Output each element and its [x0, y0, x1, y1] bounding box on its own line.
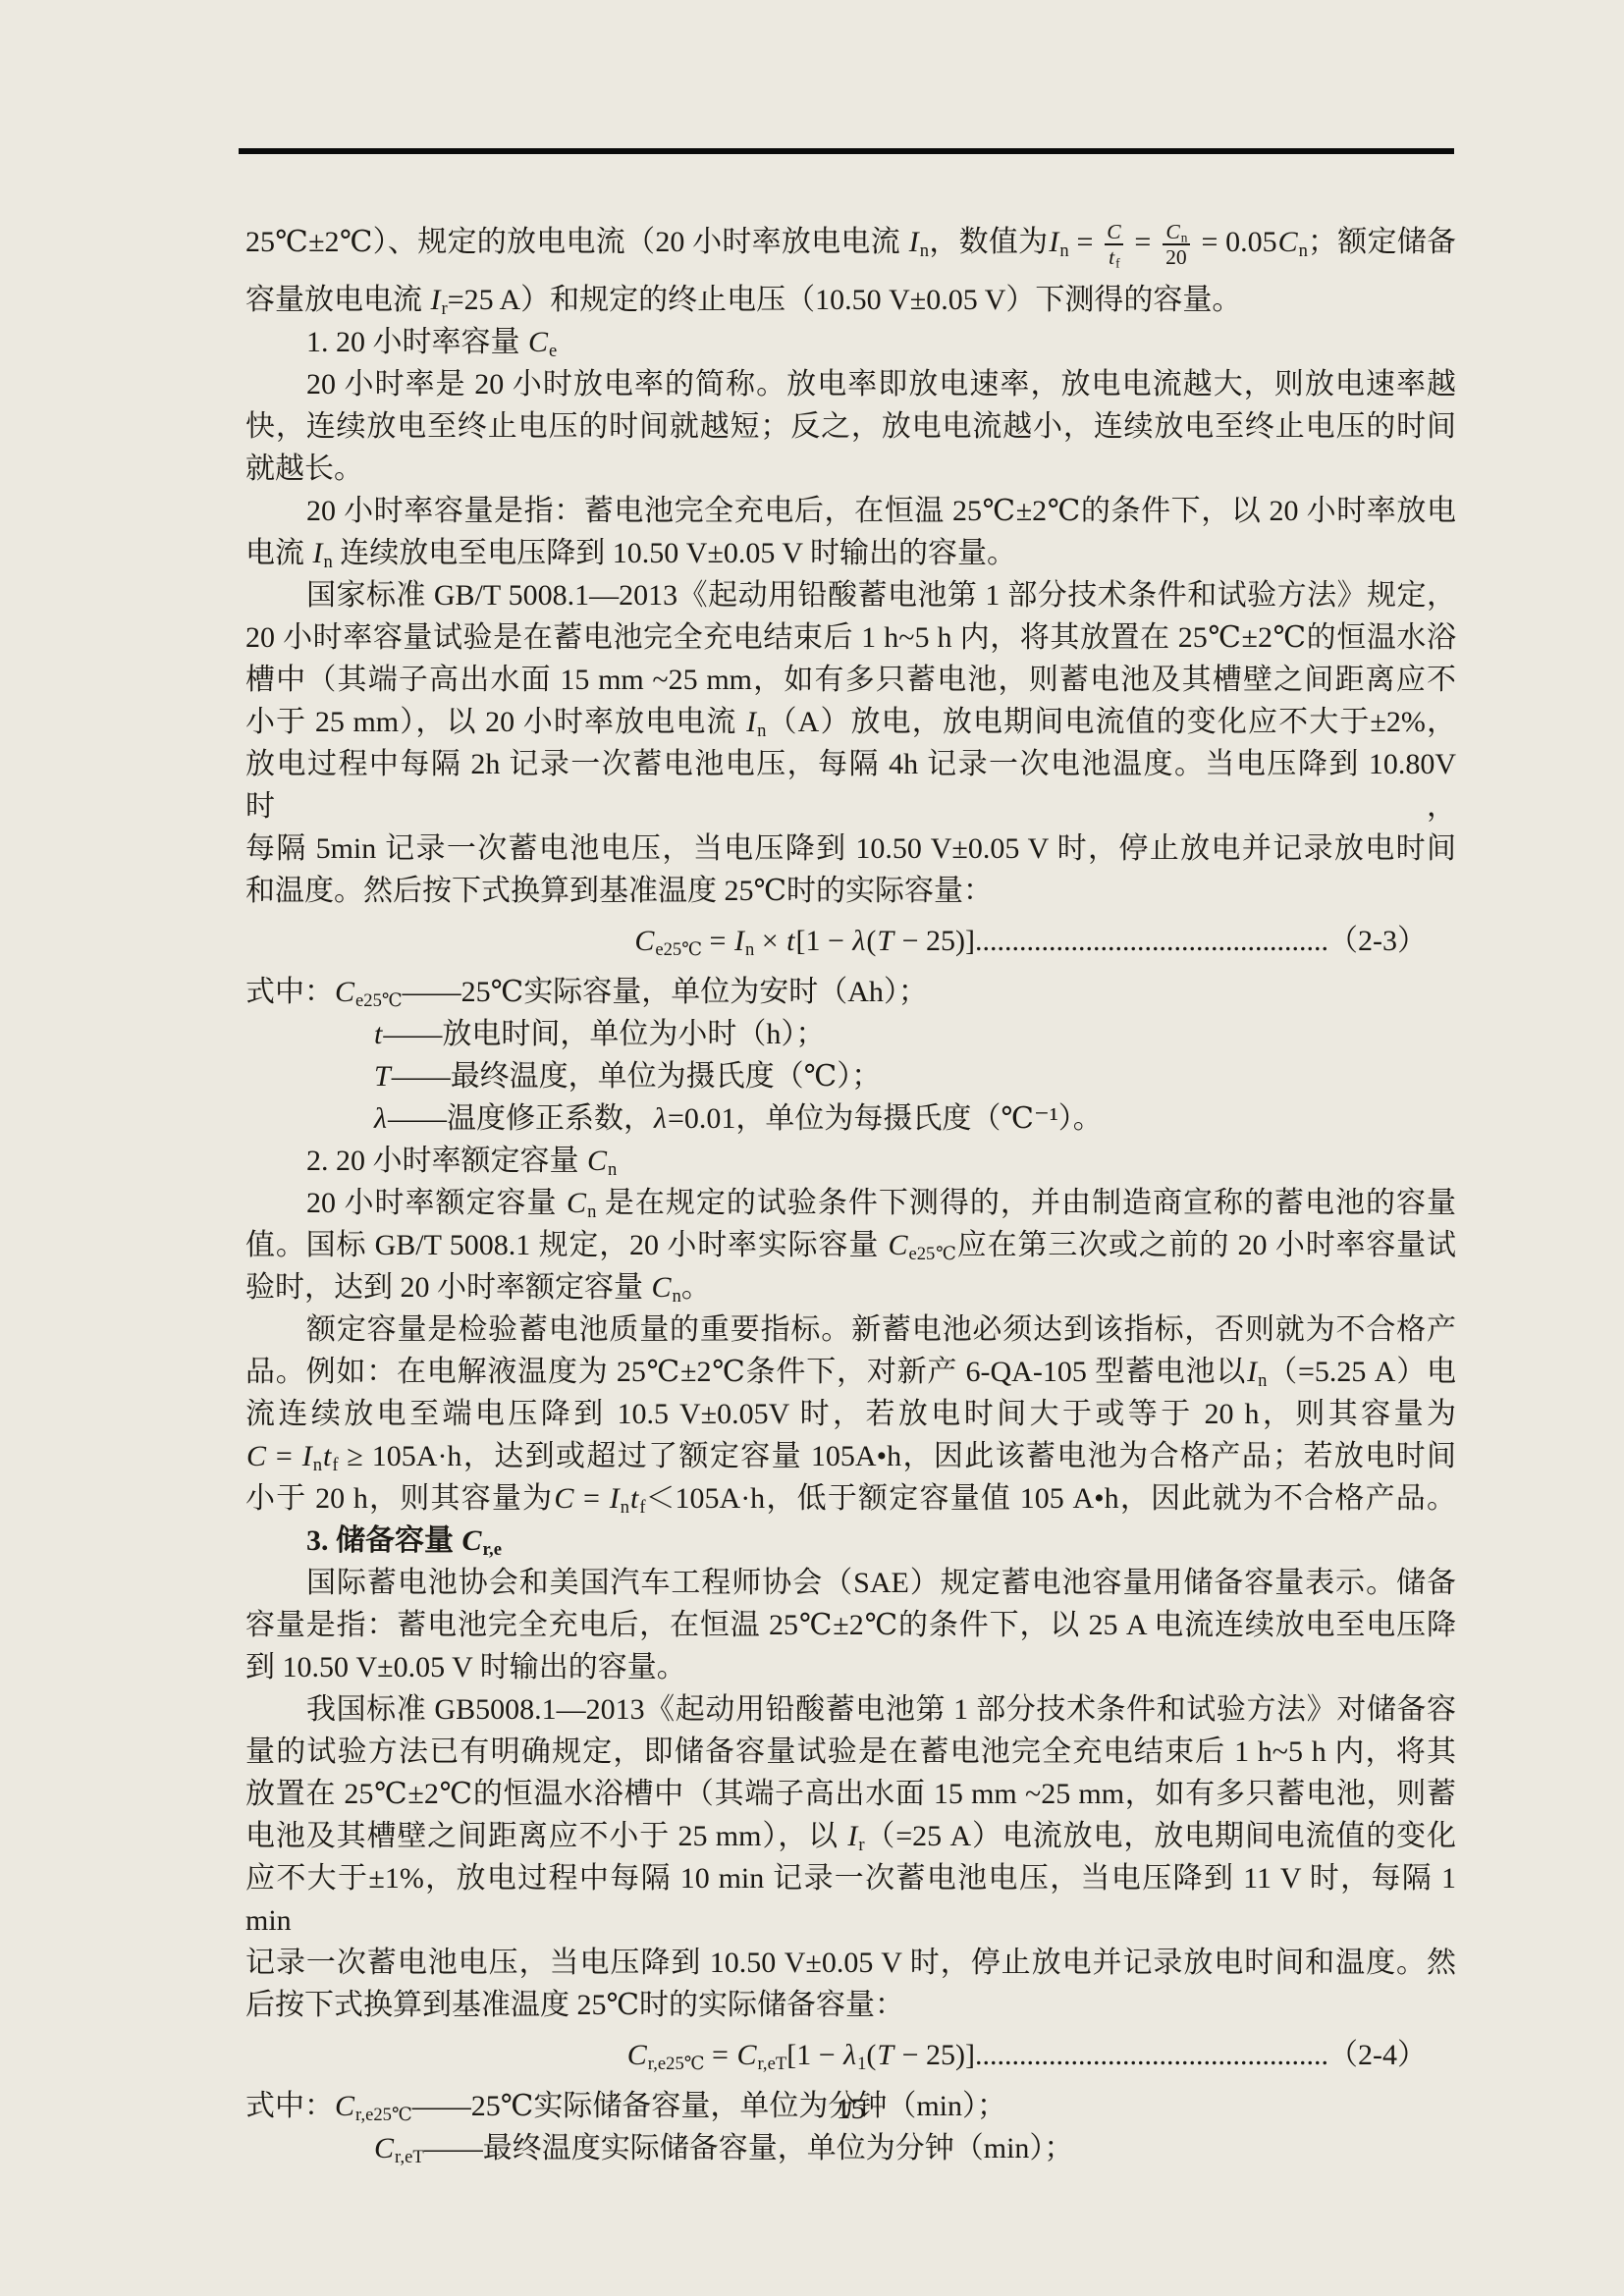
text-line: Cr,eT——最终温度实际储备容量，单位为分钟（min）； — [245, 2127, 1456, 2169]
text-line: 应不大于±1%，放电过程中每隔 10 min 记录一次蓄电池电压，当电压降到 1… — [245, 1857, 1456, 1942]
fraction: Cn20 — [1163, 220, 1190, 269]
text-line: 小于 25 mm），以 20 小时率放电电流 In（A）放电，放电期间电流值的变… — [245, 701, 1456, 743]
text-line: 记录一次蓄电池电压，当电压降到 10.50 V±0.05 V 时，停止放电并记录… — [245, 1942, 1456, 1984]
text-line: 流连续放电至端电压降到 10.5 V±0.05V 时，若放电时间大于或等于 20… — [245, 1393, 1456, 1435]
text-line: 快，连续放电至终止电压的时间就越短；反之，放电电流越小，连续放电至终止电压的时间 — [245, 405, 1456, 448]
formula-line: Ce25℃ = In × t[1 − λ(T − 25)]...........… — [245, 912, 1456, 971]
text-line: 和温度。然后按下式换算到基准温度 25℃时的实际容量： — [245, 870, 1456, 912]
document-page: 25℃±2℃）、规定的放电电流（20 小时率放电电流 In，数值为In = Ct… — [0, 0, 1624, 2296]
text-line: 后按下式换算到基准温度 25℃时的实际储备容量： — [245, 1984, 1456, 2026]
text-line: 2. 20 小时率额定容量 Cn — [245, 1140, 1456, 1182]
text-line: 电池及其槽壁之间距离应不小于 25 mm），以 Ir（=25 A）电流放电，放电… — [245, 1815, 1456, 1857]
text-line: 放置在 25℃±2℃的恒温水浴槽中（其端子高出水面 15 mm ~25 mm，如… — [245, 1773, 1456, 1815]
text-line: 我国标准 GB5008.1—2013《起动用铅酸蓄电池第 1 部分技术条件和试验… — [245, 1688, 1456, 1731]
text-line: t——放电时间，单位为小时（h）； — [245, 1013, 1456, 1055]
text-line: 品。例如：在电解液温度为 25℃±2℃条件下，对新产 6-QA-105 型蓄电池… — [245, 1351, 1456, 1393]
text-line: 电流 In 连续放电至电压降到 10.50 V±0.05 V 时输出的容量。 — [245, 532, 1456, 574]
text-line: 就越长。 — [245, 448, 1456, 490]
text-line: 每隔 5min 记录一次蓄电池电压，当电压降到 10.50 V±0.05 V 时… — [245, 828, 1456, 870]
text-line: 容量是指：蓄电池完全充电后，在恒温 25℃±2℃的条件下，以 25 A 电流连续… — [245, 1604, 1456, 1646]
text-line: 25℃±2℃）、规定的放电电流（20 小时率放电电流 In，数值为In = Ct… — [245, 206, 1456, 279]
text-line: 验时，达到 20 小时率额定容量 Cn。 — [245, 1266, 1456, 1308]
text-line: 值。国标 GB/T 5008.1 规定，20 小时率实际容量 Ce25℃应在第三… — [245, 1224, 1456, 1266]
text-line: λ——温度修正系数，λ=0.01，单位为每摄氏度（℃⁻¹）。 — [245, 1097, 1456, 1140]
text-line: 到 10.50 V±0.05 V 时输出的容量。 — [245, 1646, 1456, 1688]
document-body: 25℃±2℃）、规定的放电电流（20 小时率放电电流 In，数值为In = Ct… — [245, 206, 1456, 2169]
text-line: 20 小时率容量是指：蓄电池完全充电后，在恒温 25℃±2℃的条件下，以 20 … — [245, 490, 1456, 532]
page-number: 15 — [245, 2093, 1456, 2126]
text-line: 20 小时率额定容量 Cn 是在规定的试验条件下测得的，并由制造商宣称的蓄电池的… — [245, 1182, 1456, 1224]
text-line: 小于 20 h，则其容量为C = Intf＜105A·h，低于额定容量值 105… — [245, 1477, 1456, 1520]
text-line: C = Intf ≥ 105A·h，达到或超过了额定容量 105A•h，因此该蓄… — [245, 1435, 1456, 1477]
text-line: 3. 储备容量 Cr,e — [245, 1520, 1456, 1562]
formula-line: Cr,e25℃ = Cr,eT[1 − λ1(T − 25)].........… — [245, 2026, 1456, 2085]
text-line: 容量放电电流 Ir=25 A）和规定的终止电压（10.50 V±0.05 V）下… — [245, 279, 1456, 321]
text-line: 槽中（其端子高出水面 15 mm ~25 mm，如有多只蓄电池，则蓄电池及其槽壁… — [245, 659, 1456, 701]
text-line: 量的试验方法已有明确规定，即储备容量试验是在蓄电池完全充电结束后 1 h~5 h… — [245, 1731, 1456, 1773]
text-line: 20 小时率容量试验是在蓄电池完全充电结束后 1 h~5 h 内，将其放置在 2… — [245, 616, 1456, 659]
text-line: 放电过程中每隔 2h 记录一次蓄电池电压，每隔 4h 记录一次电池温度。当电压降… — [245, 743, 1456, 828]
text-line: 20 小时率是 20 小时放电率的简称。放电率即放电速率，放电电流越大，则放电速… — [245, 363, 1456, 405]
text-line: 国家标准 GB/T 5008.1—2013《起动用铅酸蓄电池第 1 部分技术条件… — [245, 574, 1456, 616]
fraction: Ctf — [1105, 220, 1122, 269]
text-line: T——最终温度，单位为摄氏度（℃）； — [245, 1055, 1456, 1097]
text-line: 式中：Ce25℃——25℃实际容量，单位为安时（Ah）； — [245, 971, 1456, 1013]
text-line: 国际蓄电池协会和美国汽车工程师协会（SAE）规定蓄电池容量用储备容量表示。储备 — [245, 1562, 1456, 1604]
text-line: 1. 20 小时率容量 Ce — [245, 321, 1456, 363]
text-line: 额定容量是检验蓄电池质量的重要指标。新蓄电池必须达到该指标，否则就为不合格产 — [245, 1308, 1456, 1351]
header-rule — [239, 148, 1454, 154]
